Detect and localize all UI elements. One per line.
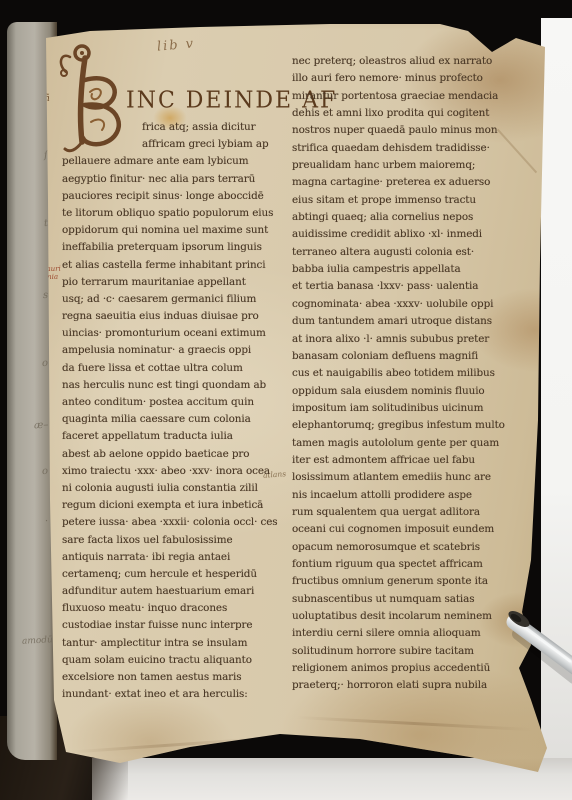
- text-line: dehis et amni lixo prodita qui cogitent: [292, 105, 538, 122]
- text-line: nec preterq; oleastros aliud ex narrato: [292, 53, 538, 70]
- gutter-letter-fragment: o: [42, 358, 49, 369]
- text-line: iter est admontem affricae uel fabu: [292, 452, 538, 469]
- text-line: da fuere lissa et cottae ultra colum: [62, 360, 300, 377]
- text-line: banasam coloniam defluens magnifi: [292, 348, 538, 365]
- gutter-letter-fragment: o: [42, 466, 49, 477]
- text-line: babba iulia campestris appellata: [292, 261, 538, 278]
- text-line: nostros nuper quaedā paulo minus mon: [292, 122, 538, 139]
- text-line: quaginta milia caessare cum colonia: [62, 411, 300, 428]
- text-line: strifica quaedam dehisdem tradidisse·: [292, 140, 538, 157]
- text-line: eius sitam et prope immenso tractu: [292, 192, 538, 209]
- library-mark: lib v: [156, 36, 195, 54]
- text-line: opacum nemorosumque et scatebris: [292, 539, 538, 556]
- text-line: sare facta lixos uel fabulosissime: [62, 532, 300, 549]
- gutter-letter-fragment: amodū: [22, 635, 53, 647]
- gutter-letter-fragment: t: [44, 218, 49, 229]
- text-line: fluxuoso meatu· inquo dracones: [62, 600, 300, 617]
- parchment-crease: [70, 737, 260, 753]
- text-line: pio terrarum mauritaniae appellant: [62, 274, 300, 291]
- text-line: auidissime credidit ablixo ·xl· inmedi: [292, 226, 538, 243]
- text-line: oppidum sala eiusdem nominis fluuio: [292, 383, 538, 400]
- text-line: abtingi quaeq; alia cornelius nepos: [292, 209, 538, 226]
- text-line: pellauere admare ante eam lybicum: [62, 153, 300, 170]
- text-line: dum tantundem amari utroque distans: [292, 313, 538, 330]
- text-line: terraneo altera augusti colonia est·: [292, 244, 538, 261]
- gutter-letter-fragment: æ–: [33, 420, 48, 432]
- text-line: excelsiore non tamen aestus maris: [62, 669, 300, 686]
- gutter-letter-fragment: ·: [45, 516, 49, 527]
- text-line: cognominata· abea ·xxxv· uolubile oppi: [292, 296, 538, 313]
- text-line: antiquis narrata· ibi regia antaei: [62, 549, 300, 566]
- text-line: ampelusia nominatur· a graecis oppi: [62, 342, 300, 359]
- text-line: fontium riguum qua spectet affricam: [292, 556, 538, 573]
- text-line: tantur· amplectitur intra se insulam: [62, 635, 300, 652]
- text-line: ximo traiectu ·xxx· abeo ·xxv· inora oce…: [62, 463, 300, 480]
- manuscript-photo: ſtsoæ–o·amodū lib v INC DEINDE AF ñ maur: [0, 0, 572, 800]
- gutter-letter-fragment: s: [43, 290, 49, 301]
- text-line: rum squalentem qua uergat adlitora: [292, 504, 538, 521]
- text-line: faceret appellatum traducta iulia: [62, 428, 300, 445]
- text-line: abest ab aelone oppido baeticae pro: [62, 446, 300, 463]
- text-line: at inora alixo ·l· amnis sububus preter: [292, 331, 538, 348]
- manuscript-page: lib v INC DEINDE AF ñ mauri tania atlans…: [0, 0, 572, 800]
- text-line: anteo conditum· postea accitum quin: [62, 394, 300, 411]
- text-line: petere iussa· abea ·xxxii· colonia occl·…: [62, 514, 300, 531]
- metal-page-clip: [492, 588, 572, 708]
- text-line: regna saeuitia eius induas diuisae pro: [62, 308, 300, 325]
- parchment-crease: [296, 716, 532, 731]
- text-line: frica atq; assia dicitur: [62, 119, 300, 136]
- text-line: usq; ad ·c· caesarem germanici filium: [62, 291, 300, 308]
- text-line: et alias castella ferme inhabitant princ…: [62, 257, 300, 274]
- text-column-left: frica atq; assia dicituraffricam greci l…: [62, 119, 300, 703]
- text-line: impositum iam solitudinibus uicinum: [292, 400, 538, 417]
- text-line: nis incaelum attolli prodidere aspe: [292, 487, 538, 504]
- text-line: cus et nauigabilis abeo totidem milibus: [292, 365, 538, 382]
- text-line: te litorum obliquo spatio populorum eius: [62, 205, 300, 222]
- photo-background-bottom: [92, 758, 572, 800]
- text-line: adfunditur autem haestuarium emari: [62, 583, 300, 600]
- text-line: et tertia banasa ·lxxv· pass· ualentia: [292, 278, 538, 295]
- text-line: regum dicioni exempta et iura inbeticā: [62, 497, 300, 514]
- text-line: inundant· extat ineo et ara herculis:: [62, 686, 300, 703]
- text-line: preualidam hanc urbem maioremq;: [292, 157, 538, 174]
- text-line: certamenq; cum hercule et hesperidū: [62, 566, 300, 583]
- text-line: tamen magis autololum gente per quam: [292, 435, 538, 452]
- text-line: oppidorum qui nomina uel maxime sunt: [62, 222, 300, 239]
- text-line: magna cartagine· preterea ex aduerso: [292, 174, 538, 191]
- text-line: illo auri fero nemore· minus profecto: [292, 70, 538, 87]
- text-line: aegyptio finitur· nec alia pars terrarū: [62, 171, 300, 188]
- text-line: losissimum atlantem emediis hunc are: [292, 469, 538, 486]
- text-line: ineffabilia preterquam ipsorum linguis: [62, 239, 300, 256]
- text-line: pauciores recipit sinus· longe aboccidē: [62, 188, 300, 205]
- text-line: uincias· promonturium oceani extimum: [62, 325, 300, 342]
- text-line: nas herculis nunc est tingi quondam ab: [62, 377, 300, 394]
- text-line: affricam greci lybiam ap: [62, 136, 300, 153]
- text-line: quam solam euicino tractu aliquanto: [62, 652, 300, 669]
- text-line: elephantorumq; gregibus infestum multo: [292, 417, 538, 434]
- text-line: mirantur portentosa graeciae mendacia: [292, 88, 538, 105]
- text-line: oceani cui cognomen imposuit eundem: [292, 521, 538, 538]
- text-line: custodiae instar fuisse nunc interpre: [62, 617, 300, 634]
- text-line: ni colonia augusti iulia constantia zili…: [62, 480, 300, 497]
